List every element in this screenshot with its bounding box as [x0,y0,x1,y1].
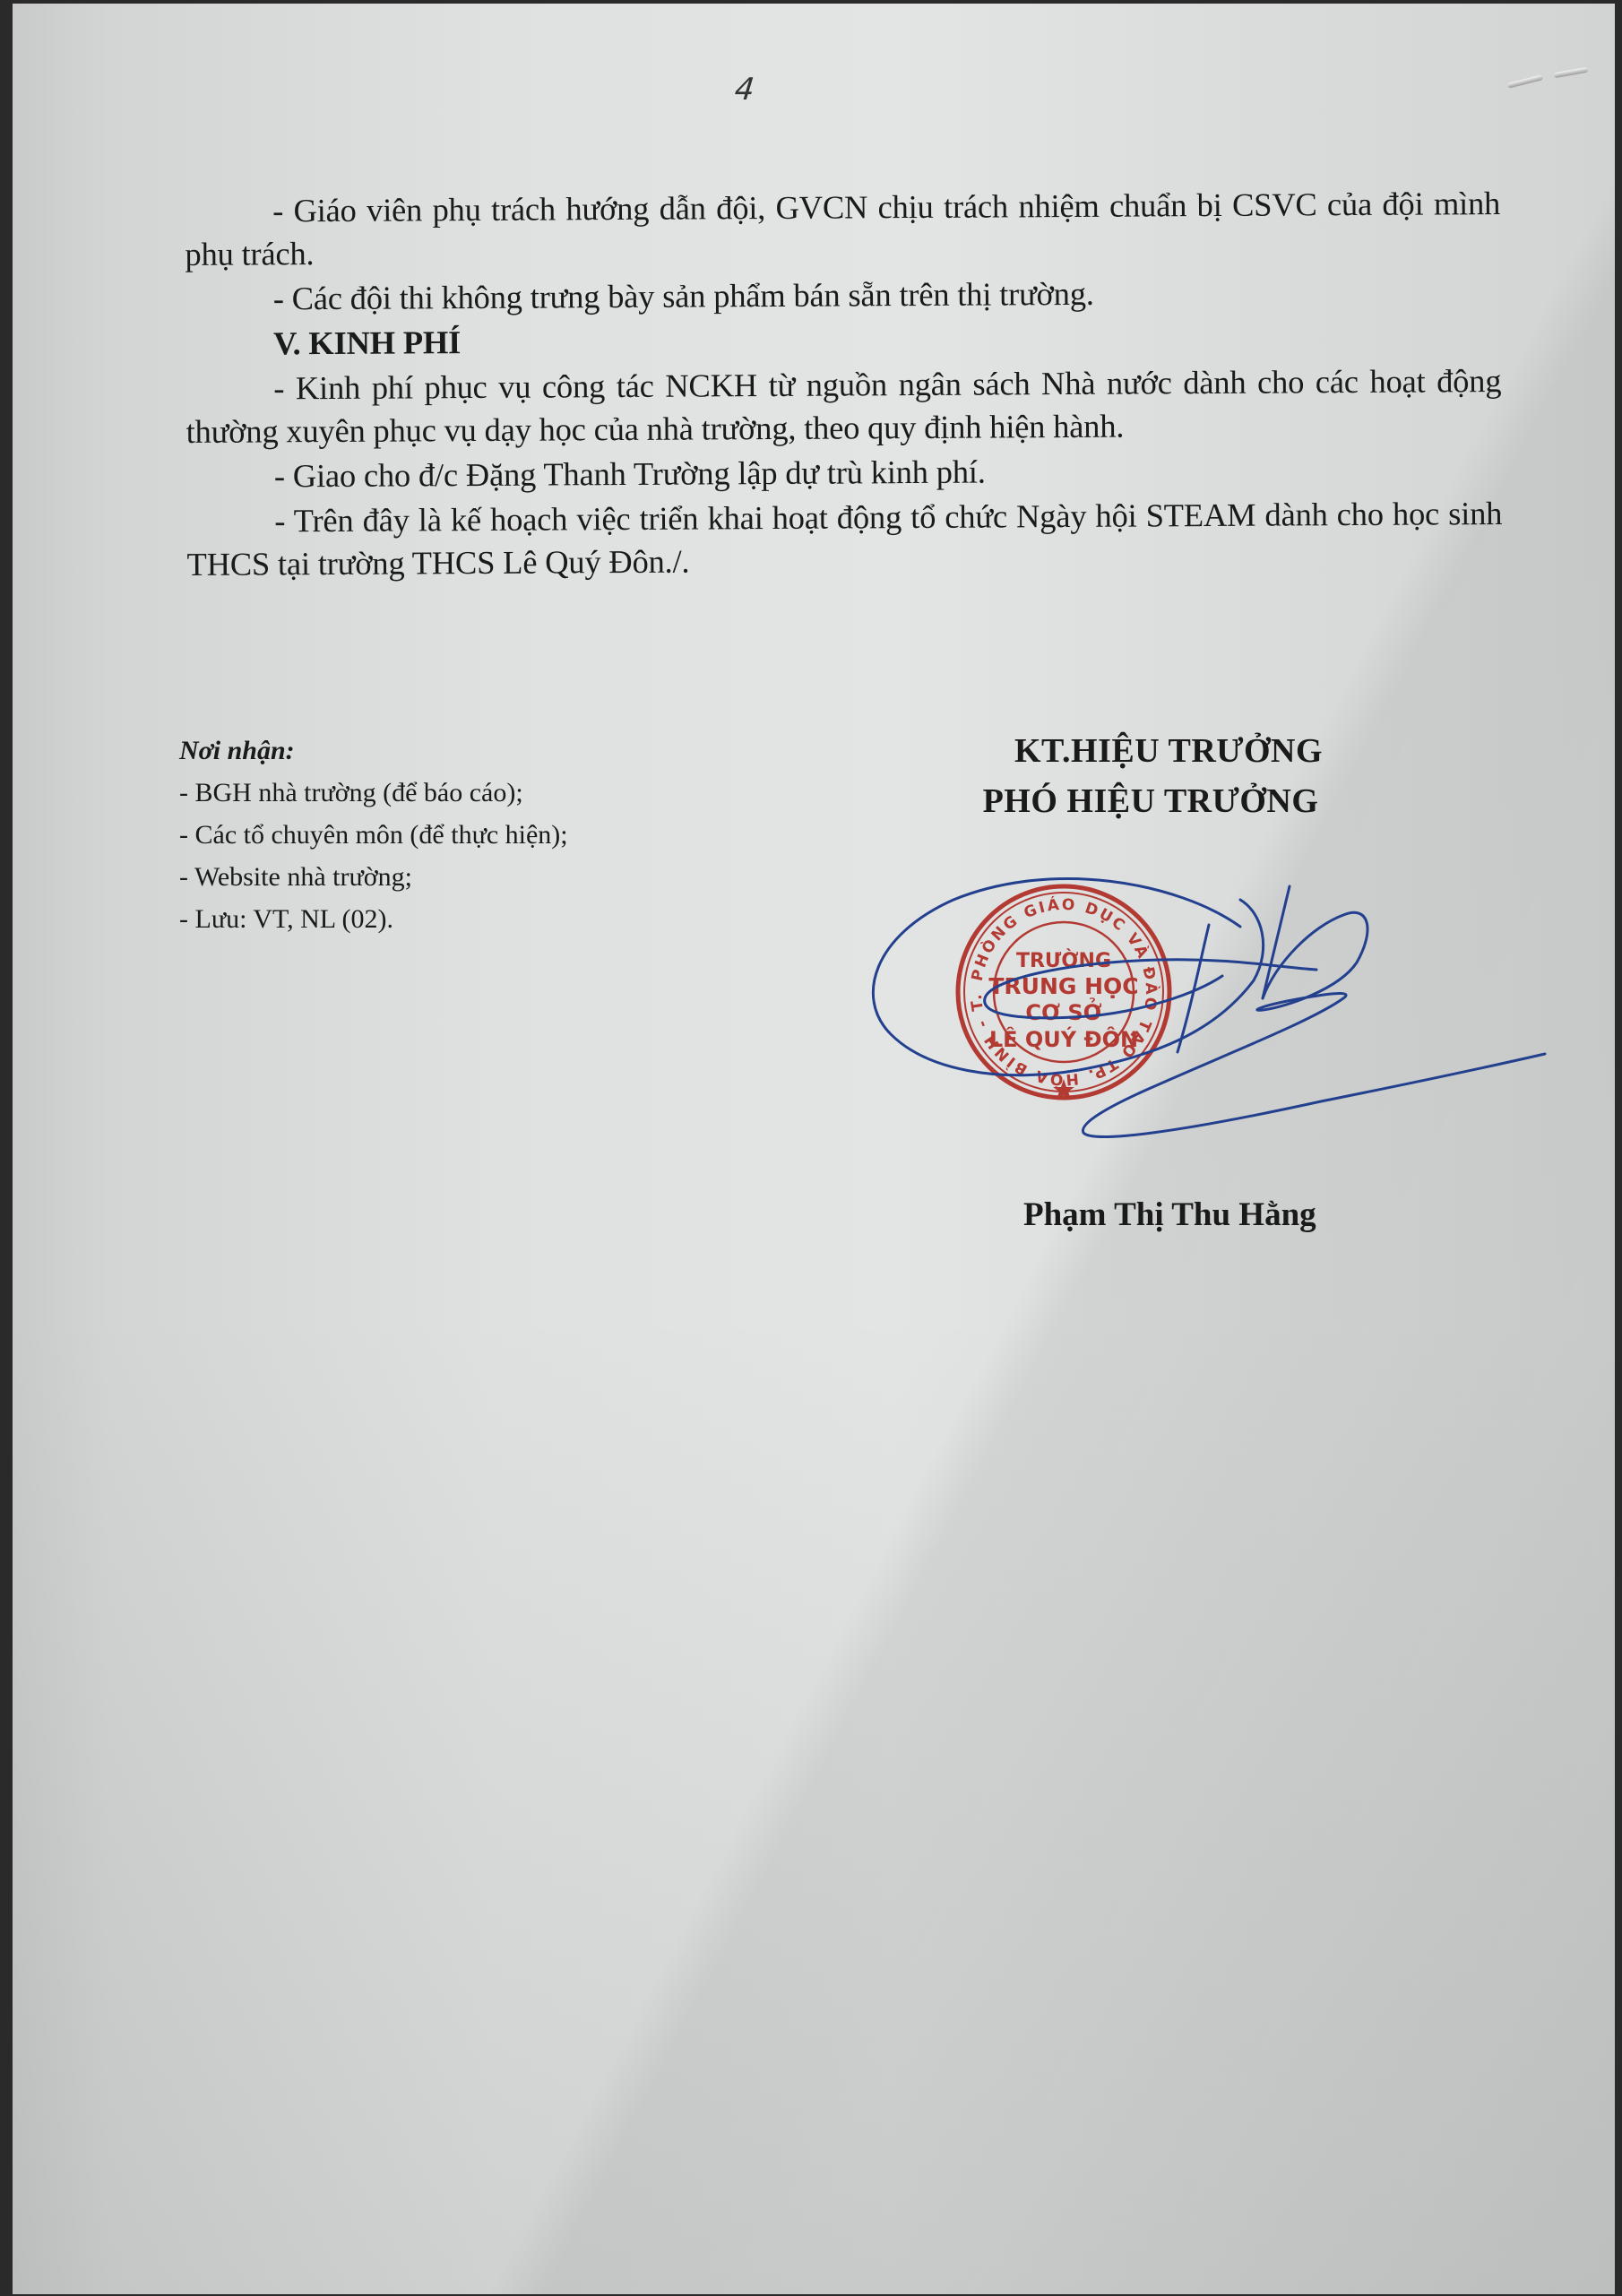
recipients-list: Nơi nhận: - BGH nhà trường (để báo cáo);… [179,729,568,940]
recipient-item: - Các tổ chuyên môn (để thực hiện); [179,814,568,856]
paragraph: - Các đội thi không trưng bày sản phẩm b… [185,270,1501,321]
paragraph: - Giao cho đ/c Đặng Thanh Trường lập dự … [186,447,1502,498]
paragraph: - Giáo viên phụ trách hướng dẫn đội, GVC… [185,182,1501,276]
signer-name: Phạm Thị Thu Hằng [1023,1195,1316,1234]
recipients-title: Nơi nhận: [179,729,568,772]
signer-title-line2: PHÓ HIỆU TRƯỞNG [936,776,1366,826]
staple-mark [1507,74,1543,88]
page-number: 4 [733,72,756,108]
signer-title-line1: KT.HIỆU TRƯỞNG [971,726,1366,776]
paragraph: - Trên đây là kế hoạch việc triển khai h… [186,492,1503,586]
document-page: 4 - Giáo viên phụ trách hướng dẫn đội, G… [13,4,1615,2294]
handwritten-signature-icon [855,864,1563,1160]
body-text: - Giáo viên phụ trách hướng dẫn đội, GVC… [185,182,1503,586]
section-heading: V. KINH PHÍ [185,315,1501,366]
recipient-item: - BGH nhà trường (để báo cáo); [179,772,568,814]
paragraph: - Kinh phí phục vụ công tác NCKH từ nguồ… [185,359,1502,453]
recipient-item: - Website nhà trường; [179,856,568,898]
staple-mark [1554,67,1588,79]
signature-title-block: KT.HIỆU TRƯỞNG PHÓ HIỆU TRƯỞNG [971,726,1366,826]
recipient-item: - Lưu: VT, NL (02). [179,898,568,940]
